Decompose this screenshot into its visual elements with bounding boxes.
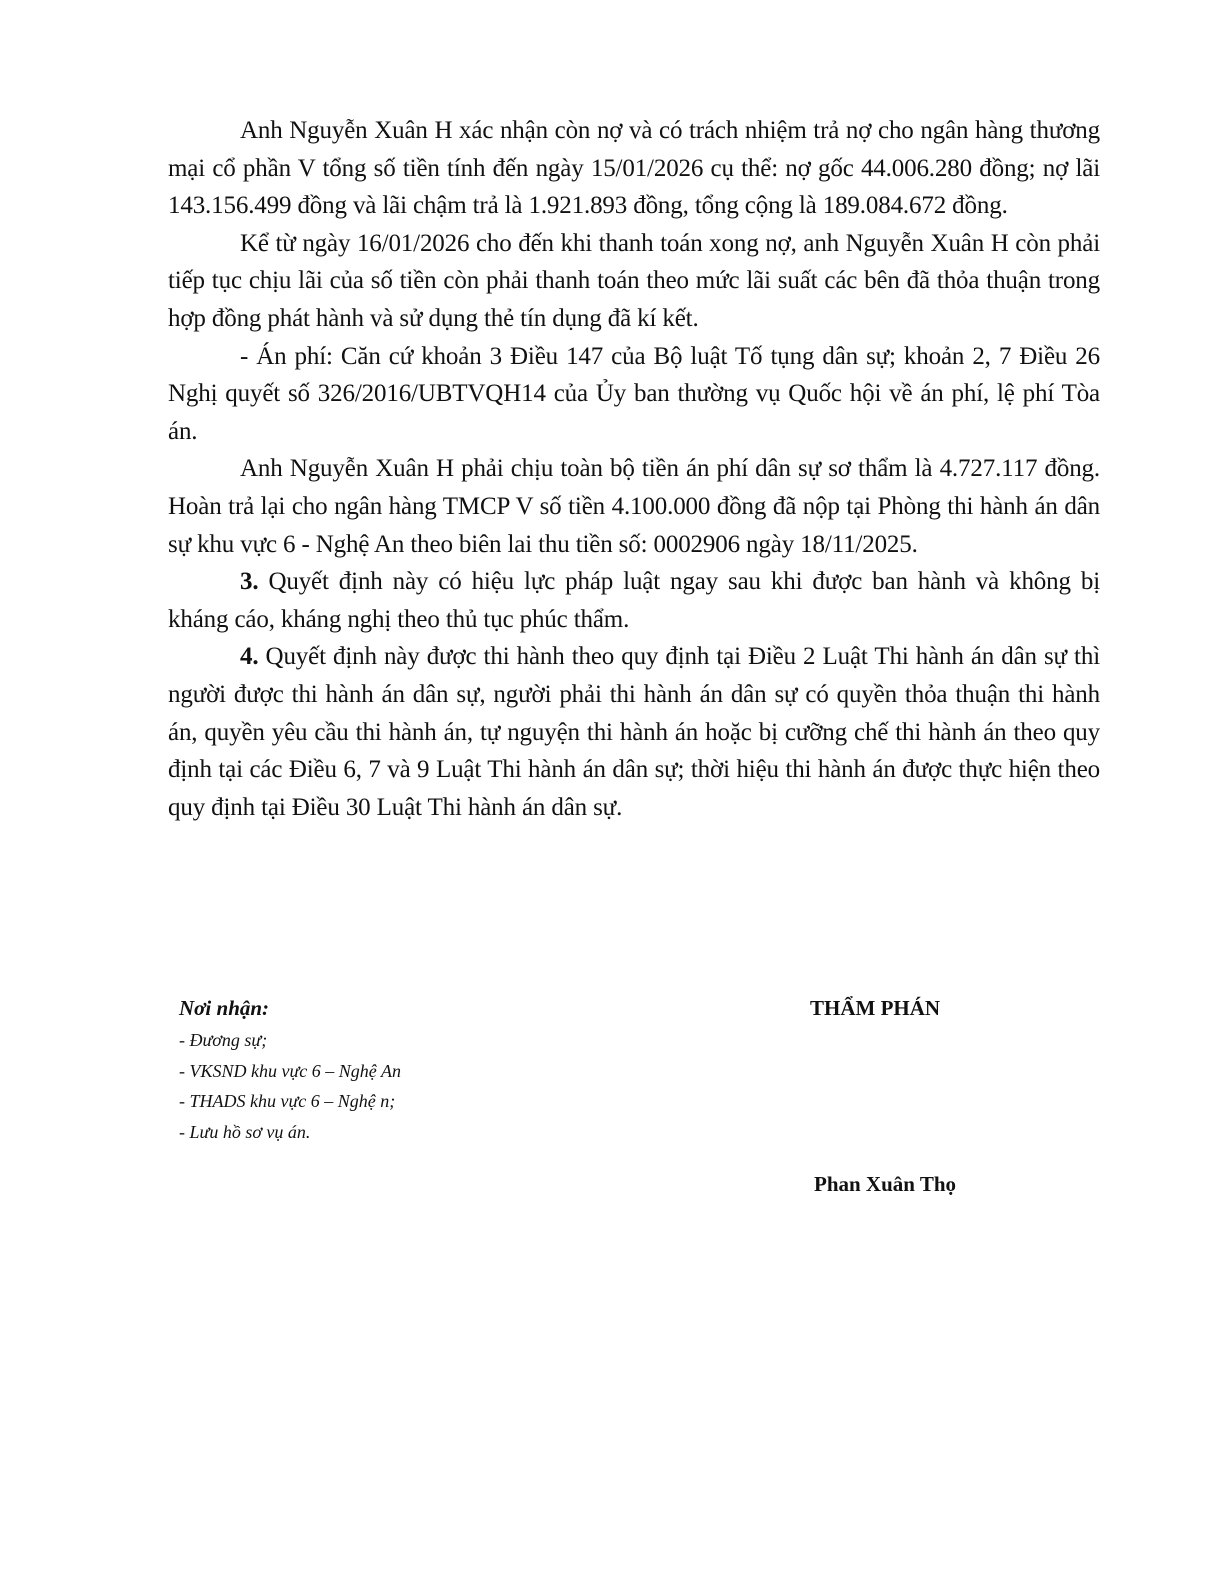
recipient-item: - VKSND khu vực 6 – Nghệ An bbox=[179, 1056, 539, 1087]
paragraph-text: Anh Nguyễn Xuân H xác nhận còn nợ và có … bbox=[168, 117, 1100, 219]
paragraph-text: Kể từ ngày 16/01/2026 cho đến khi thanh … bbox=[168, 230, 1100, 332]
paragraph-text: - Án phí: Căn cứ khoản 3 Điều 147 của Bộ… bbox=[168, 343, 1100, 445]
recipients-list: - Đương sự; - VKSND khu vực 6 – Nghệ An … bbox=[179, 1025, 539, 1147]
section-number: 4. bbox=[240, 643, 258, 670]
paragraph-section-4: 4. Quyết định này được thi hành theo quy… bbox=[168, 638, 1100, 826]
section-number: 3. bbox=[240, 568, 258, 595]
paragraph-text: Quyết định này có hiệu lực pháp luật nga… bbox=[168, 568, 1100, 633]
recipients-block: Nơi nhận: - Đương sự; - VKSND khu vực 6 … bbox=[179, 993, 539, 1147]
paragraph-interest: Kể từ ngày 16/01/2026 cho đến khi thanh … bbox=[168, 225, 1100, 338]
paragraph-court-fee-basis: - Án phí: Căn cứ khoản 3 Điều 147 của Bộ… bbox=[168, 338, 1100, 451]
signer-name: Phan Xuân Thọ bbox=[814, 1169, 956, 1199]
recipients-title: Nơi nhận: bbox=[179, 993, 539, 1023]
signature-title: THẨM PHÁN bbox=[780, 993, 1020, 1023]
signature-block: THẨM PHÁN Phan Xuân Thọ bbox=[780, 993, 1020, 1023]
paragraph-text: Anh Nguyễn Xuân H phải chịu toàn bộ tiền… bbox=[168, 455, 1100, 557]
recipient-item: - Lưu hồ sơ vụ án. bbox=[179, 1117, 539, 1148]
recipient-item: - THADS khu vực 6 – Nghệ n; bbox=[179, 1086, 539, 1117]
paragraph-section-3: 3. Quyết định này có hiệu lực pháp luật … bbox=[168, 563, 1100, 638]
recipient-item: - Đương sự; bbox=[179, 1025, 539, 1056]
paragraph-text: Quyết định này được thi hành theo quy đị… bbox=[168, 643, 1100, 820]
paragraph-debt-confirmation: Anh Nguyễn Xuân H xác nhận còn nợ và có … bbox=[168, 112, 1100, 225]
document-body: Anh Nguyễn Xuân H xác nhận còn nợ và có … bbox=[168, 112, 1100, 826]
paragraph-court-fee-amount: Anh Nguyễn Xuân H phải chịu toàn bộ tiền… bbox=[168, 450, 1100, 563]
